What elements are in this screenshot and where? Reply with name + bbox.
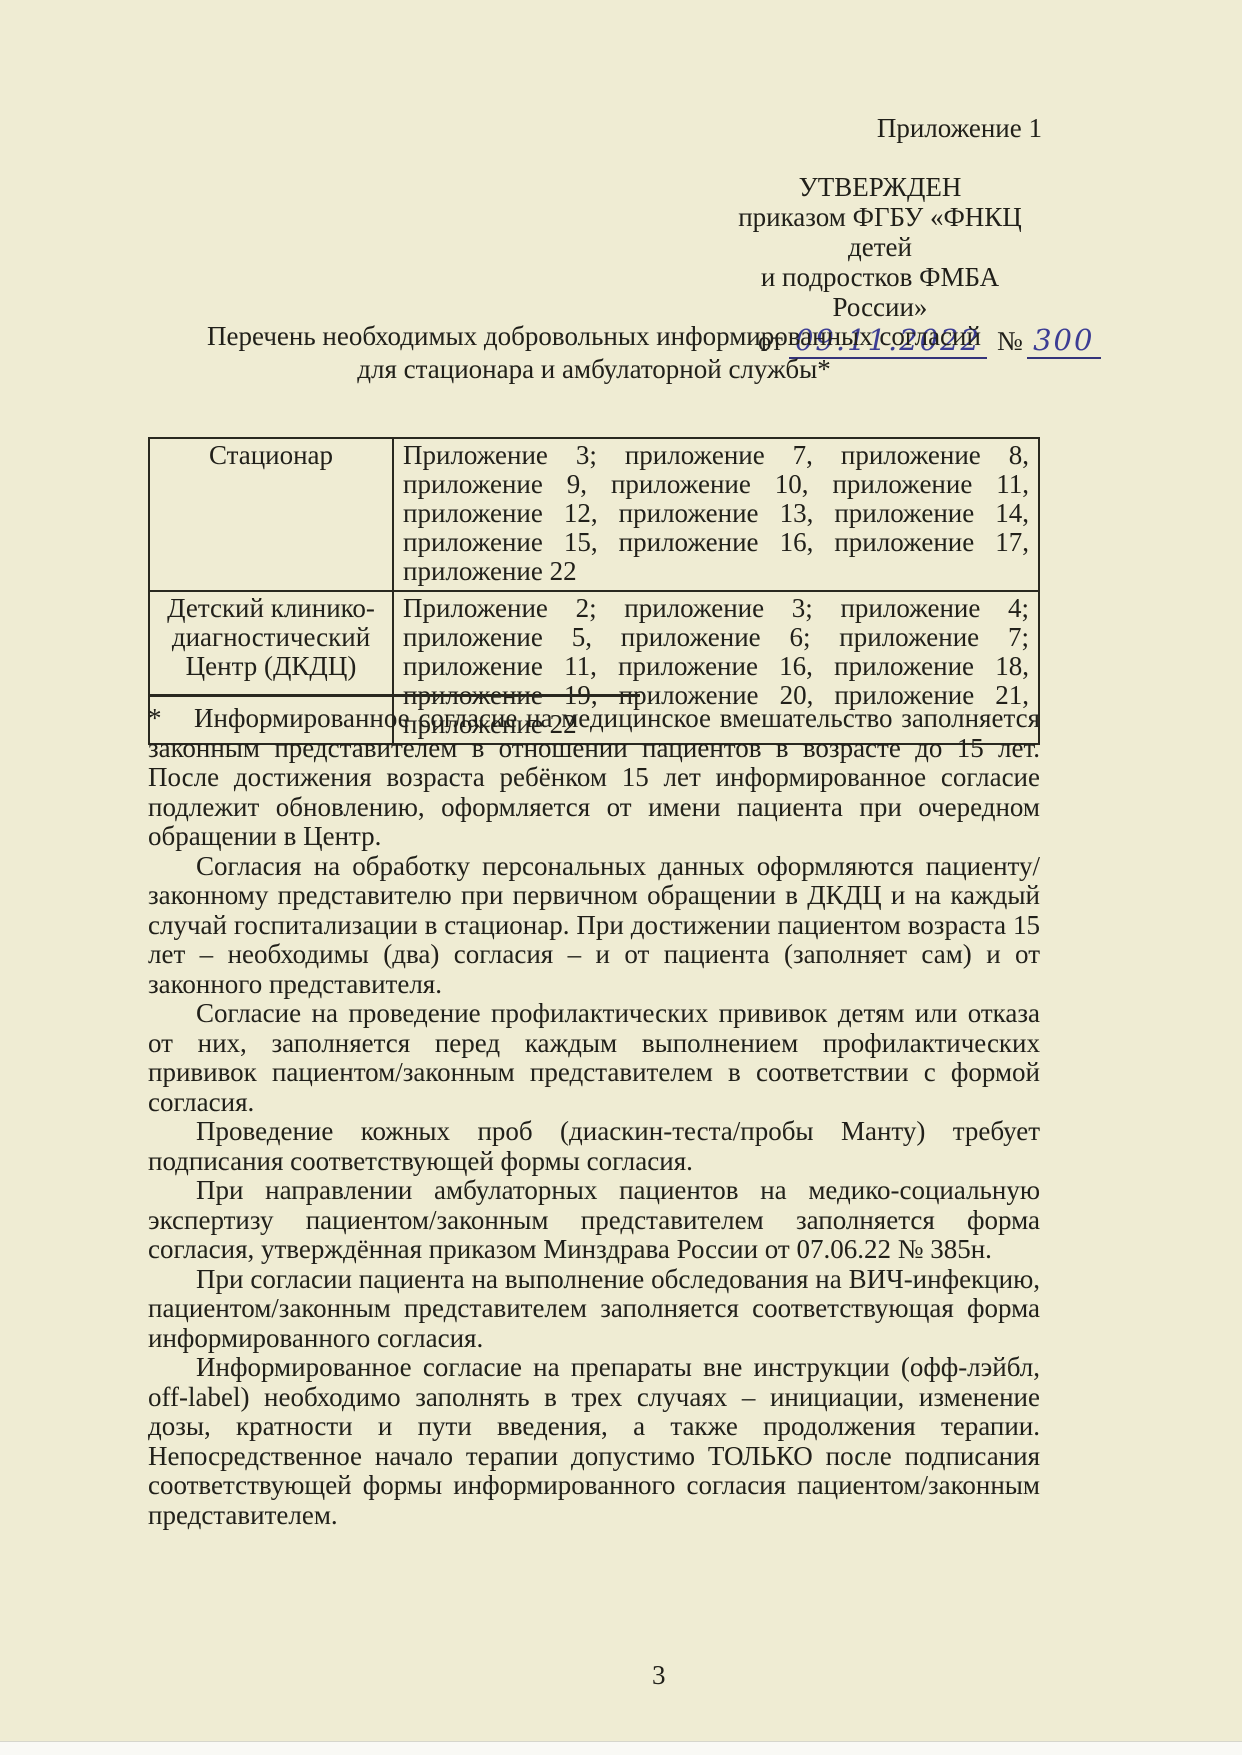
footnote-separator-line [148,694,640,697]
footnote-paragraph: При согласии пациента на выполнение обсл… [148,1265,1040,1354]
document-page: Приложение 1 УТВЕРЖДЕН приказом ФГБУ «ФН… [0,0,1242,1755]
footnote-asterisk-marker: * [148,704,194,734]
footnote-block: *Информированное согласие на медицинское… [148,694,1040,1530]
appendix-label: Приложение 1 [877,113,1042,144]
document-title-line2: для стационара и амбулаторной службы* [148,353,1040,386]
footnote-paragraph: Проведение кожных проб (диаскин-теста/пр… [148,1117,1040,1176]
footnote-paragraph: Согласие на проведение профилактических … [148,999,1040,1117]
page-number: 3 [652,1660,666,1691]
footnote-paragraph: При направлении амбулаторных пациентов н… [148,1176,1040,1265]
handwritten-number: 300 [1033,323,1094,357]
document-title-line1: Перечень необходимых добровольных информ… [148,320,1040,353]
approval-line-org: и подростков ФМБА России» [718,262,1042,322]
approval-line-order: приказом ФГБУ «ФНКЦ детей [718,202,1042,262]
footnote-paragraph: Информированное согласие на препараты вн… [148,1353,1040,1530]
approval-line-approved: УТВЕРЖДЕН [718,172,1042,202]
scan-edge-strip [0,1741,1242,1755]
footnote-paragraph-text: Информированное согласие на медицинское … [148,703,1040,851]
row-content-inpatient: Приложение 3; приложение 7, приложение 8… [393,438,1039,591]
document-title: Перечень необходимых добровольных информ… [148,320,1040,386]
footnote-paragraph: *Информированное согласие на медицинское… [148,704,1040,852]
table-row: Стационар Приложение 3; приложение 7, пр… [149,438,1039,591]
footnote-paragraph: Согласия на обработку персональных данны… [148,852,1040,1000]
row-label-inpatient: Стационар [149,438,393,591]
